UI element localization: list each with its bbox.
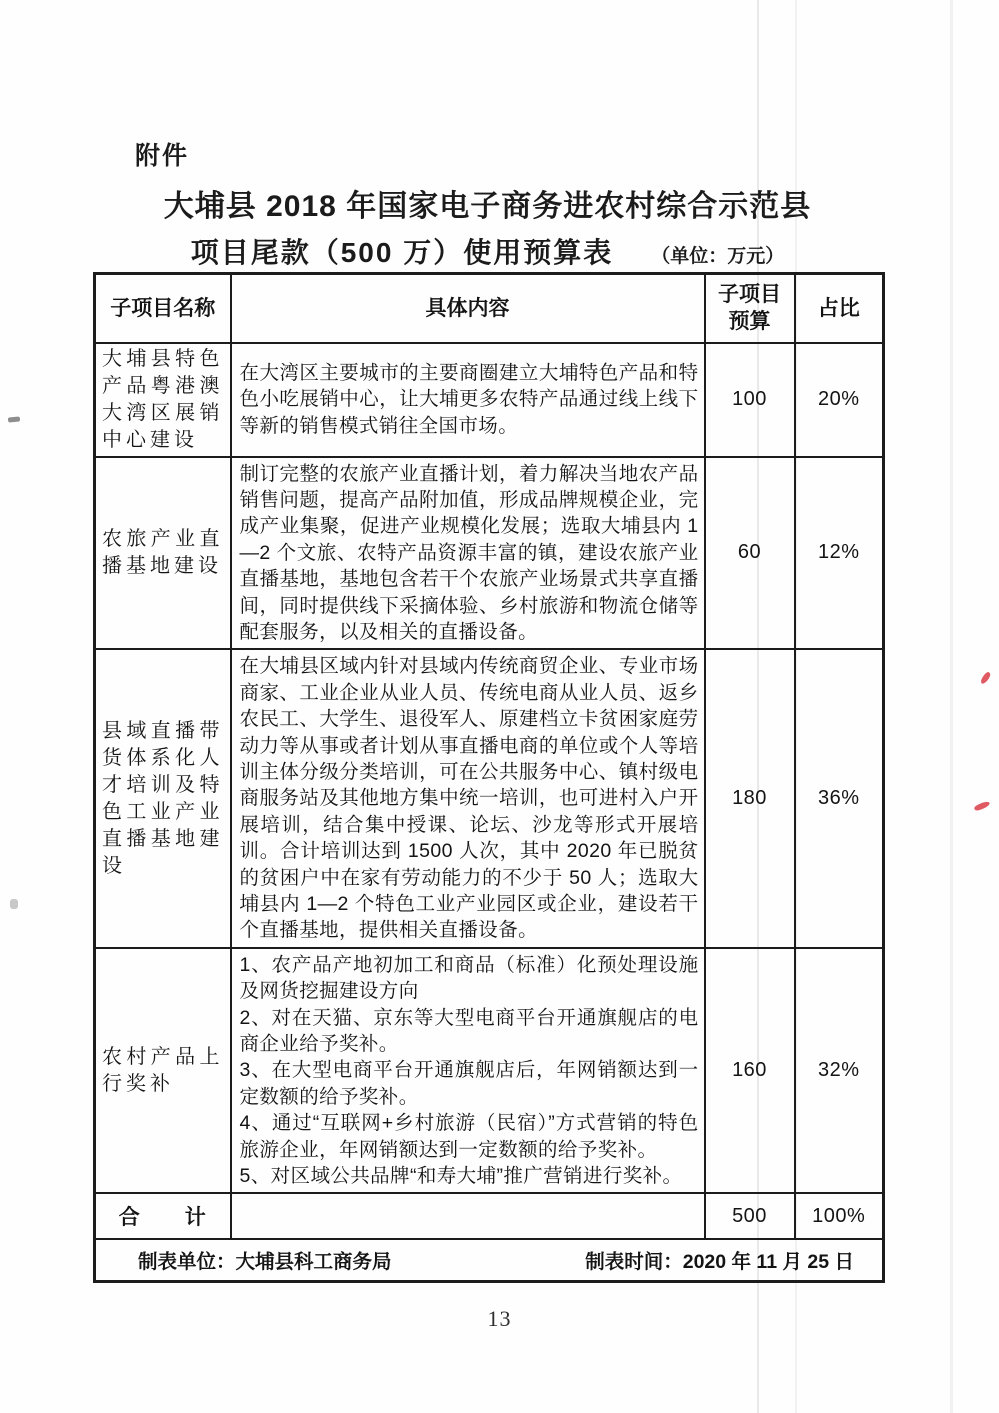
edge-smudge-1 [8,416,20,422]
project-name-text: 农旅产业直播基地建设 [96,524,230,582]
content-text: 在大埔县区域内针对县域内传统商贸企业、专业市场商家、工业企业从业人员、传统电商从… [232,650,704,946]
table-footer-cell: 制表单位：大埔县科工商务局 制表时间：2020 年 11 月 25 日 [95,1239,884,1281]
total-label-cell: 合 计 [95,1193,231,1239]
cell-budget: 100 [705,343,795,457]
cell-content: 制订完整的农旅产业直播计划，着力解决当地农产品销售问题，提高产品附加值，形成品牌… [231,457,705,650]
page-number: 13 [0,1306,999,1332]
cell-project-name: 农旅产业直播基地建设 [95,457,231,650]
document-subtitle: 项目尾款（500 万）使用预算表 [191,231,614,271]
cell-ratio: 36% [795,649,884,947]
header-content: 具体内容 [231,274,705,343]
cell-project-name: 大埔县特色产品粤港澳大湾区展销中心建设 [95,343,231,457]
content-text: 1、农产品产地初加工和商品（标准）化预处理设施及网货挖掘建设方向 2、对在天猫、… [232,949,704,1193]
prepared-by: 制表单位：大埔县科工商务局 [138,1246,392,1274]
project-name-text: 农村产品上行奖补 [96,1042,230,1100]
project-name-text: 县域直播带货体系化人才培训及特色工业产业直播基地建设 [96,716,230,882]
table-header-row: 子项目名称 具体内容 子项目 预算 占比 [95,274,884,343]
unit-note: （单位：万元） [651,241,784,268]
content-text: 在大湾区主要城市的主要商圈建立大埔特色产品和特色小吃展销中心，让大埔更多农特产品… [232,357,704,442]
cell-content: 1、农产品产地初加工和商品（标准）化预处理设施及网货挖掘建设方向 2、对在天猫、… [231,948,705,1194]
table-footer-row: 制表单位：大埔县科工商务局 制表时间：2020 年 11 月 25 日 [95,1239,884,1281]
cell-ratio: 12% [795,457,884,650]
cell-budget: 60 [705,457,795,650]
document-title-line2: 项目尾款（500 万）使用预算表 （单位：万元） [93,231,882,271]
cell-budget: 160 [705,948,795,1194]
edge-smudge-2 [10,899,18,909]
document-title-line1: 大埔县 2018 年国家电子商务进农村综合示范县 [93,181,882,225]
total-row: 合 计 500 100% [95,1193,884,1239]
total-label-text: 合 计 [96,1201,230,1231]
red-pen-tick-1 [979,671,992,685]
table-row-talent-training: 县域直播带货体系化人才培训及特色工业产业直播基地建设 在大埔县区域内针对县域内传… [95,649,884,947]
project-name-text: 大埔县特色产品粤港澳大湾区展销中心建设 [96,344,230,456]
prepared-date: 制表时间：2020 年 11 月 25 日 [585,1246,854,1274]
cell-content: 在大湾区主要城市的主要商圈建立大埔特色产品和特色小吃展销中心，让大埔更多农特产品… [231,343,705,457]
total-budget: 500 [705,1193,795,1239]
content-text: 制订完整的农旅产业直播计划，着力解决当地农产品销售问题，提高产品附加值，形成品牌… [232,458,704,649]
total-ratio: 100% [795,1193,884,1239]
table-row-exhibition-center: 大埔县特色产品粤港澳大湾区展销中心建设 在大湾区主要城市的主要商圈建立大埔特色产… [95,343,884,457]
red-pen-tick-2 [974,800,991,813]
attachment-label: 附件 [135,136,189,172]
cell-content: 在大埔县区域内针对县域内传统商贸企业、专业市场商家、工业企业从业人员、传统电商从… [231,649,705,947]
header-subproject-name: 子项目名称 [95,274,231,343]
table-row-agritourism-livestream-base: 农旅产业直播基地建设 制订完整的农旅产业直播计划，着力解决当地农产品销售问题，提… [95,457,884,650]
cell-ratio: 32% [795,948,884,1194]
header-ratio: 占比 [795,274,884,343]
total-empty-cell [231,1193,705,1239]
header-subproject-budget: 子项目 预算 [705,274,795,343]
table-row-rural-product-subsidy: 农村产品上行奖补 1、农产品产地初加工和商品（标准）化预处理设施及网货挖掘建设方… [95,948,884,1194]
budget-table: 子项目名称 具体内容 子项目 预算 占比 大埔县特色产品粤港澳大湾区展销中心建设… [93,272,885,1283]
document-page: 附件 大埔县 2018 年国家电子商务进农村综合示范县 项目尾款（500 万）使… [0,0,999,1413]
cell-ratio: 20% [795,343,884,457]
cell-budget: 180 [705,649,795,947]
cell-project-name: 农村产品上行奖补 [95,948,231,1194]
cell-project-name: 县域直播带货体系化人才培训及特色工业产业直播基地建设 [95,649,231,947]
scan-streak-3 [950,0,953,1413]
